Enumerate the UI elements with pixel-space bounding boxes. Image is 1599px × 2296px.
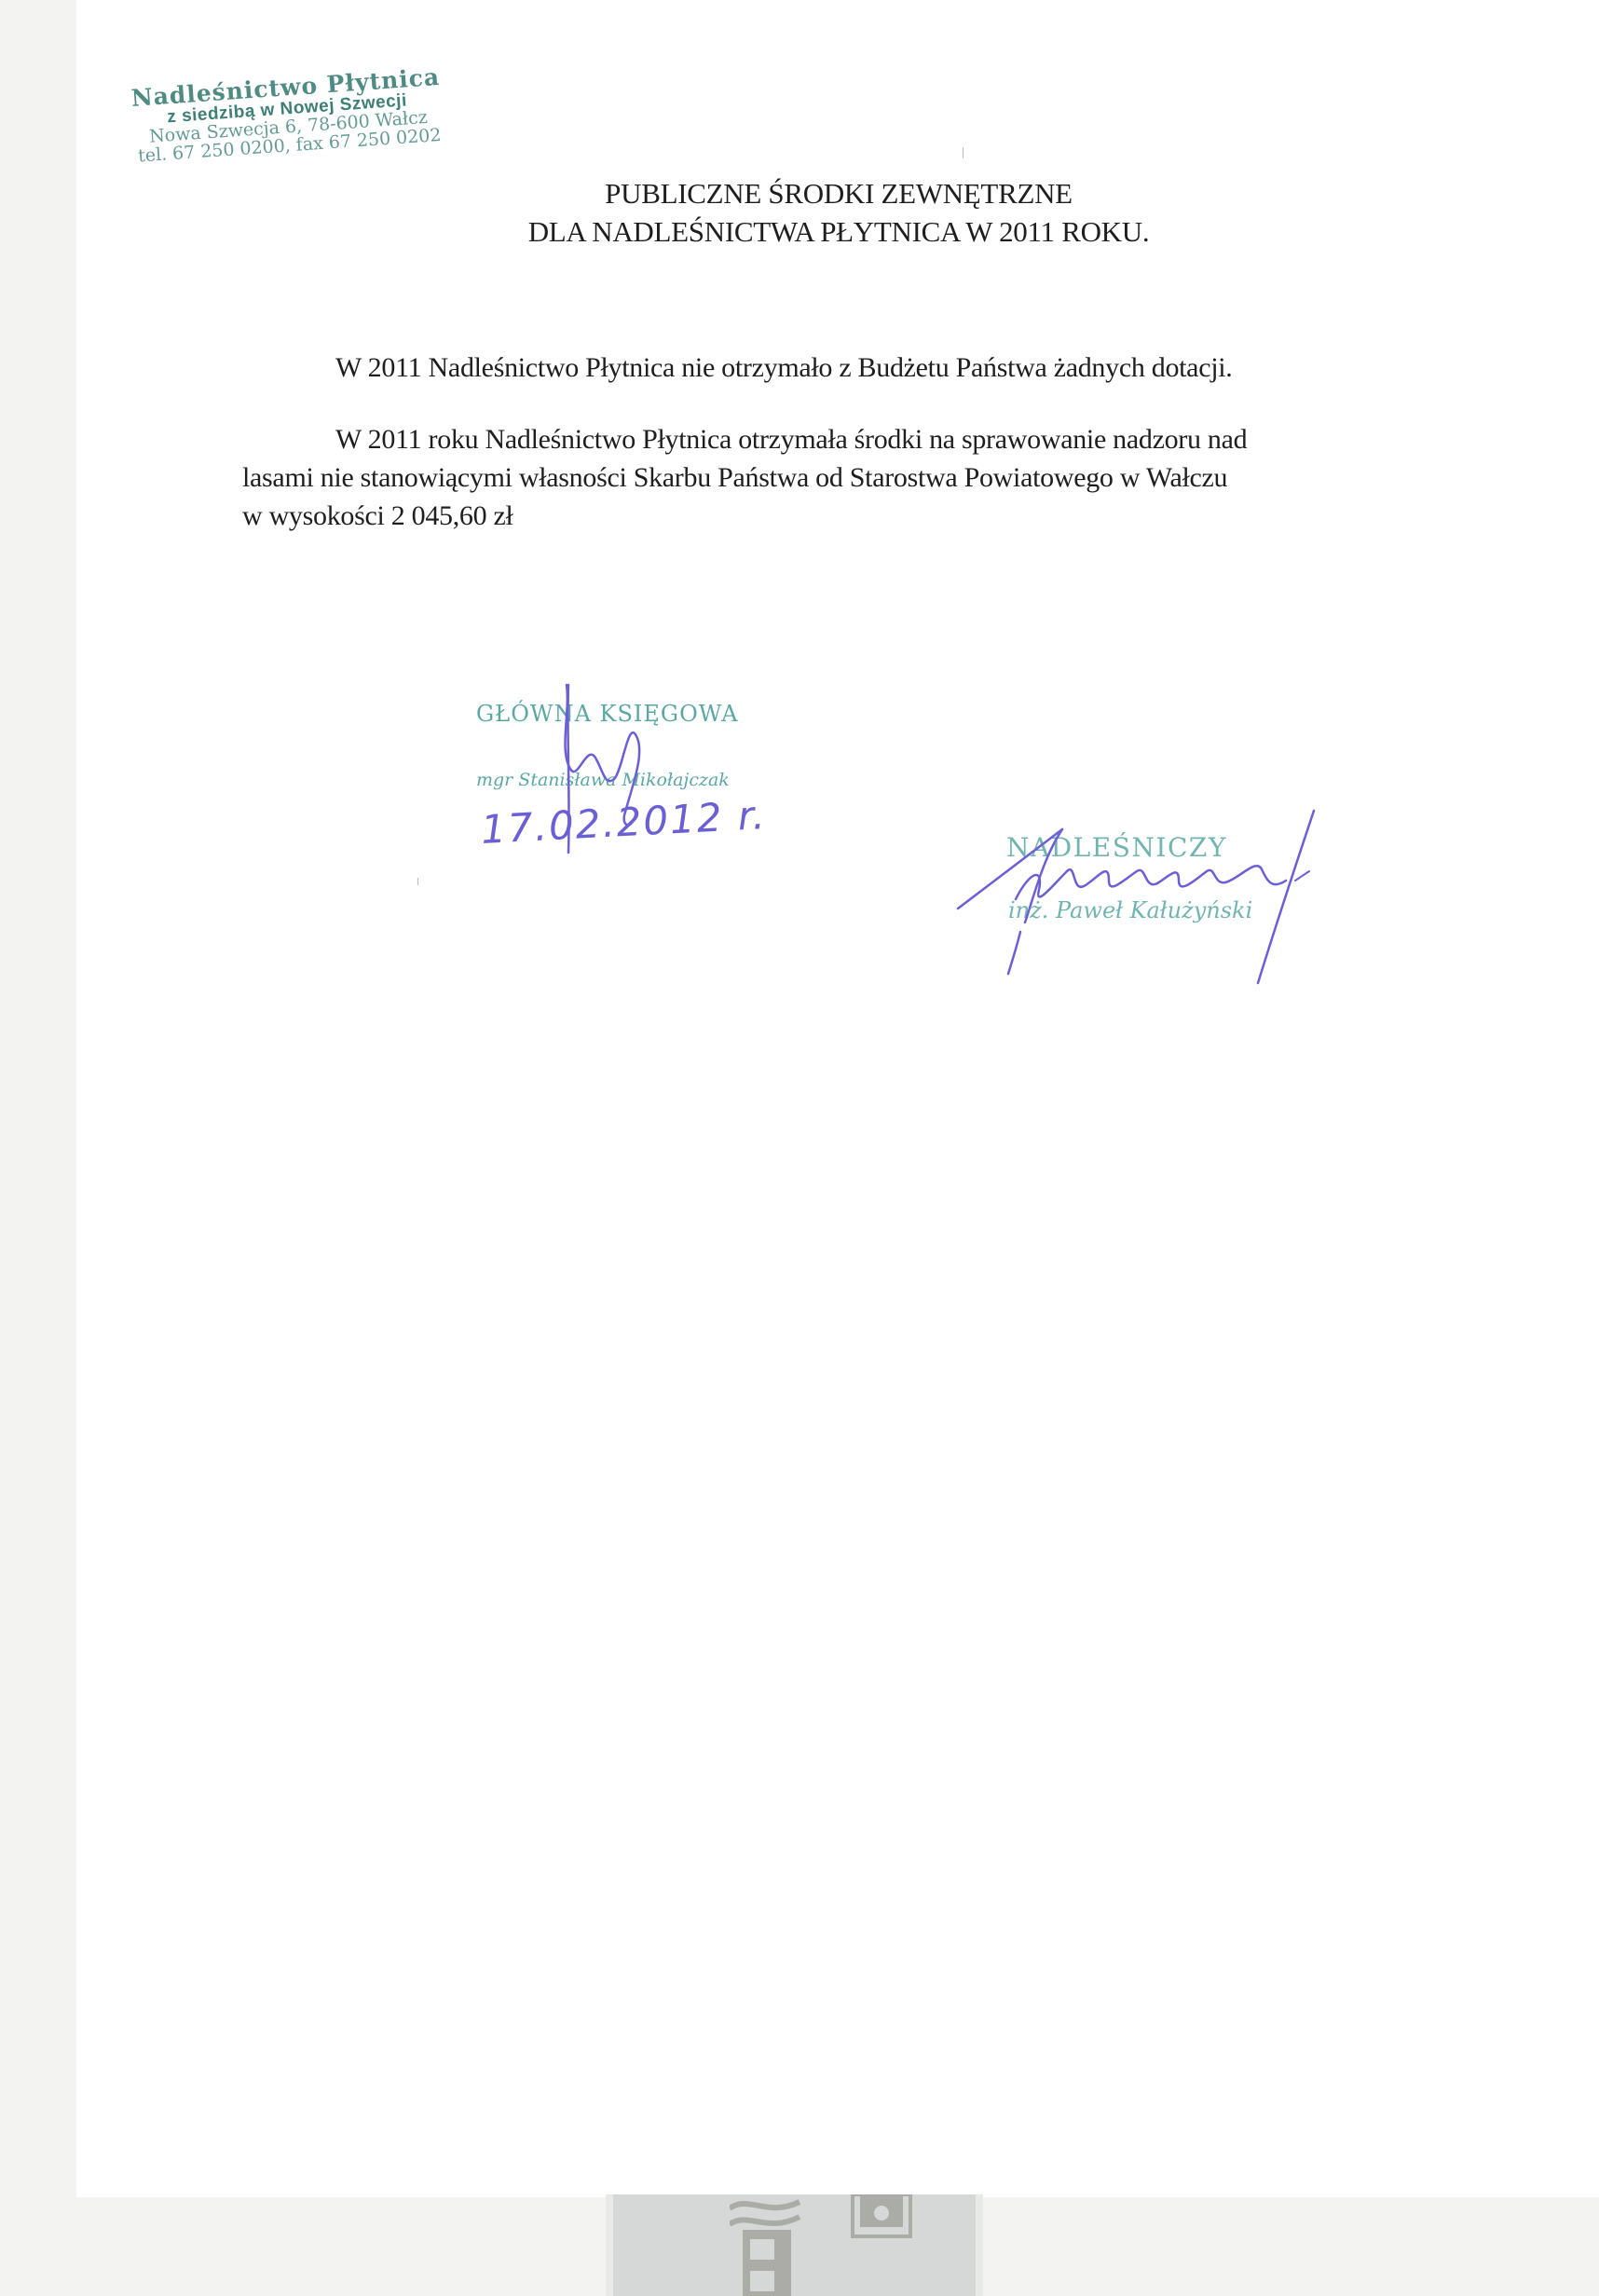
document-title: PUBLICZNE ŚRODKI ZEWNĘTRZNE DLA NADLEŚNI… (466, 174, 1211, 251)
forester-signature-icon (950, 792, 1342, 992)
title-line-2: DLA NADLEŚNICTWA PŁYTNICA W 2011 ROKU. (466, 212, 1211, 251)
document-body: W 2011 Nadleśnictwo Płytnica nie otrzyma… (242, 348, 1381, 535)
paragraph-line: W 2011 roku Nadleśnictwo Płytnica otrzym… (242, 420, 1381, 458)
scanner-artifact (606, 2194, 983, 2296)
scan-mark (963, 147, 963, 158)
film-strip-icon (730, 2194, 832, 2296)
paragraph-line: lasami nie stanowiącymi własności Skarbu… (242, 458, 1381, 497)
paragraph-no-subsidies: W 2011 Nadleśnictwo Płytnica nie otrzyma… (242, 348, 1381, 387)
picture-frame-icon (851, 2194, 916, 2239)
paragraph-line: w wysokości 2 045,60 zł (242, 497, 1381, 535)
accountant-signature-icon (550, 676, 662, 862)
title-line-1: PUBLICZNE ŚRODKI ZEWNĘTRZNE (466, 174, 1211, 212)
paragraph-supervision-funds: W 2011 roku Nadleśnictwo Płytnica otrzym… (242, 420, 1381, 535)
scan-mark (417, 878, 418, 885)
document-page (76, 0, 1599, 2197)
